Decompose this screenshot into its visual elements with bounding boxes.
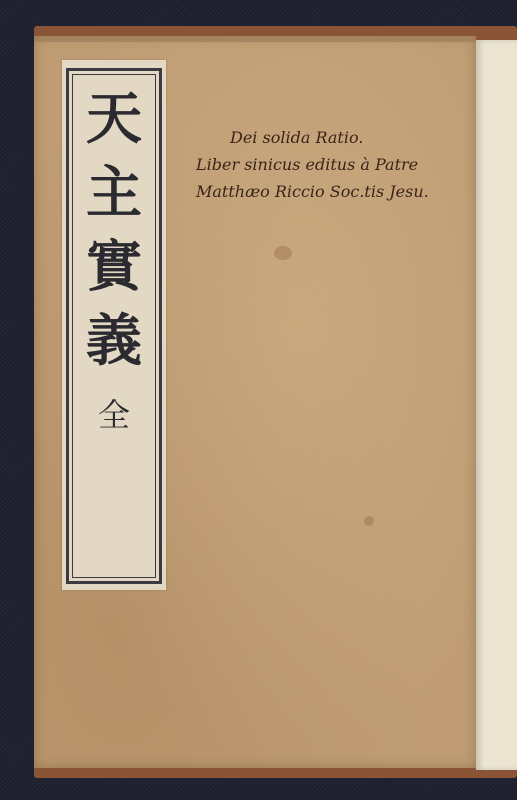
book-cover: 天 主 實 義 全 Dei solida Ratio. Liber sinicu…	[34, 36, 476, 768]
stain	[274, 246, 292, 260]
title-text: 天 主 實 義 全	[62, 82, 166, 436]
title-char-4: 義	[86, 304, 142, 378]
note-line-3: Matthæo Riccio Soc.tis Jesu.	[194, 178, 429, 205]
handwritten-note: Dei solida Ratio. Liber sinicus editus à…	[194, 124, 429, 205]
volume-mark: 全	[98, 390, 130, 436]
title-char-2: 主	[86, 156, 142, 230]
note-line-1: Dei solida Ratio.	[194, 124, 429, 151]
title-char-1: 天	[86, 82, 142, 156]
note-line-2: Liber sinicus editus à Patre	[194, 151, 429, 178]
title-label: 天 主 實 義 全	[62, 60, 166, 590]
stain	[364, 516, 374, 526]
title-char-3: 實	[86, 230, 142, 304]
page-edge	[476, 40, 517, 770]
cover-top-band	[34, 36, 476, 42]
